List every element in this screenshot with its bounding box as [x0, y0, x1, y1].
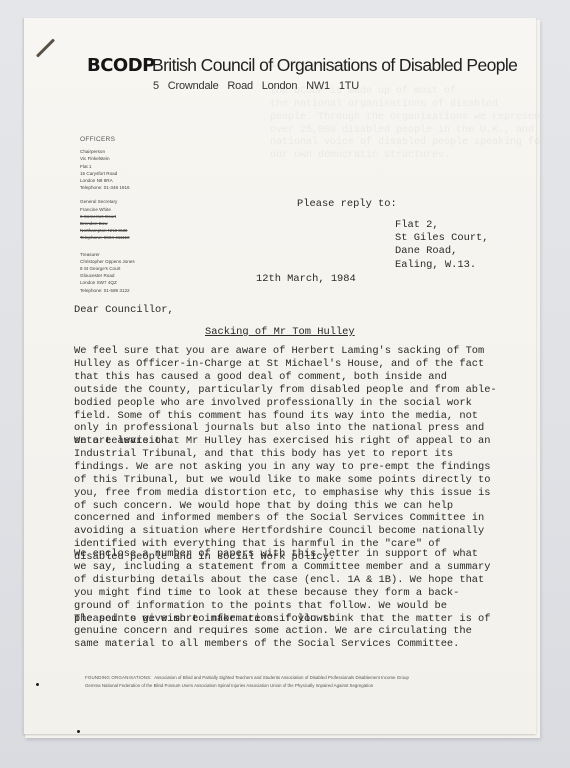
struck-detail-line: Northampton NN3 3UD	[80, 227, 180, 234]
footer-label: FOUNDING ORGANISATIONS:	[85, 675, 152, 680]
salutation: Dear Councillor,	[74, 304, 174, 316]
officer-detail-line: Telephone: 01-589 3122	[80, 287, 180, 294]
treasurer-details: Christopher Oppens Jones8 St George's Co…	[80, 258, 180, 294]
reply-to-label: Please reply to:	[297, 198, 397, 210]
chairperson-role: Chairperson	[80, 148, 180, 155]
reply-address-line: Ealing, W.13.	[395, 259, 489, 272]
officer-detail-line: London SW7 4QZ	[80, 279, 180, 286]
reply-address-line: Dane Road,	[395, 245, 489, 258]
officer-detail-line: Telephone: 01-348 1916	[80, 184, 180, 191]
officer-detail-line: 15 Carysfort Road	[80, 170, 180, 177]
struck-detail-line: Telephone: 0604 411110	[80, 234, 180, 241]
bcodp-logo: BCODP	[87, 55, 155, 76]
paragraph-1: We feel sure that you are aware of Herbe…	[74, 345, 544, 448]
organisation-address: 5 Crowndale Road London NW1 1TU	[153, 80, 359, 92]
officers-list: OFFICERS Chairperson Vic FinkelsteinFlat…	[80, 136, 180, 294]
paragraph-3: We enclose a number of papers with this …	[74, 548, 544, 651]
footer-line-2: Gemma National Federation of the Blind P…	[85, 682, 409, 690]
footer-line-1: Association of Blind and Partially Sight…	[154, 675, 409, 680]
struck-detail-line: 6 Somerset Court	[80, 213, 180, 220]
general-secretary-role: General Secretary	[80, 198, 180, 205]
general-secretary-details: Francine White	[80, 206, 180, 213]
founding-organisations-footer: FOUNDING ORGANISATIONS: Association of B…	[85, 674, 409, 690]
officer-detail-line: London N8 8RA	[80, 177, 180, 184]
struck-detail-line: Brendon Bow	[80, 220, 180, 227]
paragraph-4: The points we wish to make are as follow…	[74, 613, 544, 626]
officers-heading: OFFICERS	[80, 136, 180, 143]
officer-detail-line: Christopher Oppens Jones	[80, 258, 180, 265]
officer-detail-line: Francine White	[80, 206, 180, 213]
officer-detail-line: Flat 1	[80, 163, 180, 170]
general-secretary-struck-details: 6 Somerset CourtBrendon BowNorthampton N…	[80, 213, 180, 242]
reply-address: Flat 2,St Giles Court,Dane Road,Ealing, …	[395, 219, 489, 272]
ink-speck	[77, 730, 80, 733]
officer-detail-line: Vic Finkelstein	[80, 155, 180, 162]
officer-detail-line: Gloucester Road	[80, 272, 180, 279]
letter-date: 12th March, 1984	[256, 273, 356, 285]
officer-detail-line: 8 St George's Court	[80, 265, 180, 272]
paragraph-2: We are aware that Mr Hulley has exercise…	[74, 435, 544, 564]
treasurer-role: Treasurer	[80, 251, 180, 258]
ink-speck	[36, 683, 39, 686]
subject-line: Sacking of Mr Tom Hulley	[205, 326, 355, 338]
chairperson-details: Vic FinkelsteinFlat 115 Carysfort RoadLo…	[80, 155, 180, 191]
reply-address-line: Flat 2,	[395, 219, 489, 232]
reply-address-line: St Giles Court,	[395, 232, 489, 245]
organisation-name: British Council of Organisations of Disa…	[152, 55, 517, 76]
